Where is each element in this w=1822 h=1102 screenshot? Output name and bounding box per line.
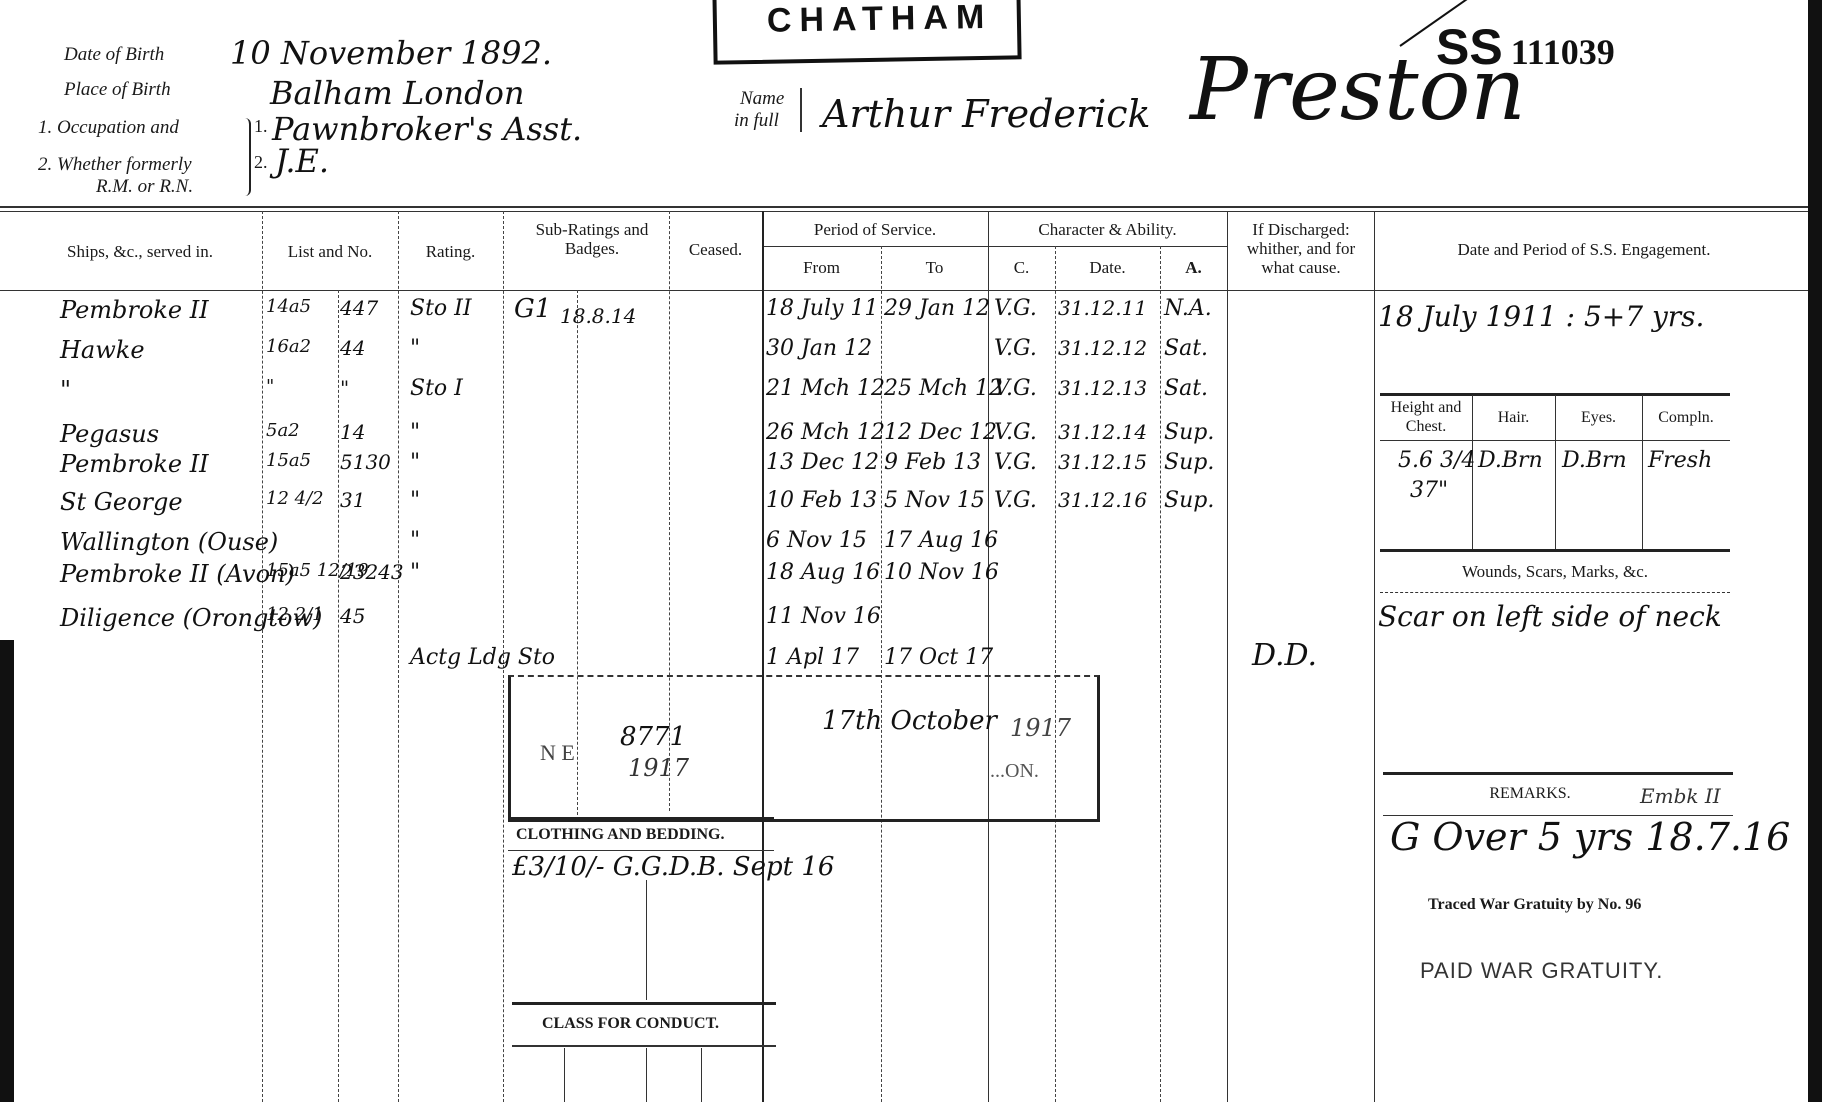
label-formerly-2: R.M. or R.N. [96, 176, 193, 198]
cell-from: 18 July 11 [766, 296, 878, 321]
brace [243, 118, 251, 196]
value-surname: Preston [1190, 40, 1526, 140]
col-divider [1374, 211, 1375, 1102]
cell-rating: Sto II [410, 296, 472, 321]
label-name: Name [740, 88, 784, 110]
cell-to: 17 Aug 16 [884, 528, 998, 553]
cell-c: V.G. [994, 336, 1037, 361]
scan-edge-left [0, 640, 14, 1102]
col-divider [1160, 246, 1161, 1102]
wounds-title: Wounds, Scars, Marks, &c. [1380, 562, 1730, 581]
cell-a: Sup. [1164, 488, 1214, 513]
service-number-value: 111039 [1511, 32, 1615, 72]
cell-from: 30 Jan 12 [766, 336, 872, 361]
cell-a: Sup. [1164, 450, 1214, 475]
header-sub-ratings: Sub-Ratings and Badges. [520, 220, 664, 258]
cell-rating: Actg Ldg Sto [410, 645, 555, 670]
cell-date: 31.12.15 [1058, 450, 1147, 474]
cell-from: 13 Dec 12 [766, 450, 879, 475]
stamp-partial-text: ...ON. [990, 760, 1039, 783]
cell-to: 5 Nov 15 [884, 488, 985, 513]
label-name-2: in full [734, 110, 779, 132]
cell-rating: " [410, 420, 420, 445]
header-height: Height and Chest. [1380, 398, 1472, 436]
cell-list: 16a2 [266, 336, 311, 357]
cell-list: 5a2 [266, 420, 300, 441]
col-divider [338, 290, 339, 1102]
header-period: Period of Service. [762, 220, 988, 239]
cell-to: 12 Dec 12 [884, 420, 997, 445]
col-divider [881, 246, 882, 1102]
cell-no: 31 [340, 488, 365, 512]
cell-no: 14 [340, 420, 365, 444]
header-character: Character & Ability. [988, 220, 1227, 239]
label-occupation: 1. Occupation and [38, 117, 179, 139]
stamp-date-year: 1917 [1010, 714, 1071, 742]
name-brace [800, 88, 802, 132]
cell-no: 23243 [340, 560, 404, 584]
header-discharged: If Discharged: whither, and for what cau… [1232, 220, 1370, 277]
chatham-stamp: CHATHAM [712, 0, 1021, 65]
cell-a: Sat. [1164, 336, 1208, 361]
header-date: Date. [1055, 258, 1160, 277]
gratuity-line: Traced War Gratuity by No. 96 [1428, 896, 1641, 914]
cell-ship: Pembroke II [60, 450, 209, 478]
desc-bottom [1380, 549, 1730, 552]
wounds-value: Scar on left side of neck [1378, 600, 1722, 633]
cell-to: 17 Oct 17 [884, 645, 993, 670]
cell-a: Sup. [1164, 420, 1214, 445]
col-divider [398, 211, 399, 1102]
header-ceased: Ceased. [669, 240, 762, 259]
cell-date: 31.12.14 [1058, 420, 1147, 444]
value-hair: D.Brn [1478, 448, 1543, 473]
wounds-rule [1380, 592, 1730, 593]
cell-ship: " [60, 376, 71, 404]
header-c: C. [988, 258, 1055, 277]
col-divider [262, 211, 263, 1102]
value-formerly: J.E. [275, 142, 329, 180]
header-rating: Rating. [398, 242, 503, 261]
header-list-no: List and No. [262, 242, 398, 261]
sub-rating-badge: G1 [514, 294, 551, 324]
col-divider [1227, 211, 1228, 1102]
ss-engagement-value: 18 July 1911 : 5+7 yrs. [1378, 300, 1704, 333]
cell-no: 5130 [340, 450, 391, 474]
cell-rating: " [410, 528, 420, 553]
remarks-top [1383, 772, 1733, 775]
cell-from: 10 Feb 13 [766, 488, 877, 513]
conduct-title: CLASS FOR CONDUCT. [542, 1015, 719, 1033]
cell-date: 31.12.12 [1058, 336, 1147, 360]
cell-date: 31.12.13 [1058, 376, 1147, 400]
cell-list: 12 2/1 [266, 604, 324, 625]
formerly-num: 2. [254, 152, 268, 173]
cell-ship: Pegasus [60, 420, 159, 448]
chatham-stamp-text: CHATHAM [767, 0, 993, 41]
cell-a: Sat. [1164, 376, 1208, 401]
discharged-note: D.D. [1252, 638, 1317, 673]
cell-ship: Pembroke II (Avon) [60, 560, 295, 588]
value-pob: Balham London [270, 74, 525, 112]
clothing-rule [508, 850, 774, 851]
cell-c: V.G. [994, 488, 1037, 513]
scan-edge-right [1808, 0, 1822, 1102]
stamp-year: 1917 [628, 754, 689, 782]
cell-rating: Sto I [410, 376, 463, 401]
header-hair: Hair. [1472, 408, 1555, 427]
header-bottom-rule [0, 290, 1808, 291]
label-dob: Date of Birth [64, 44, 164, 66]
cell-no: 45 [340, 604, 365, 628]
cell-rating: " [410, 488, 420, 513]
cell-ship: Pembroke II [60, 296, 209, 324]
cell-no: 44 [340, 336, 365, 360]
cell-list: " [266, 376, 274, 397]
remarks-margin-note: Embk II [1640, 784, 1721, 808]
header-eyes: Eyes. [1555, 408, 1642, 427]
stamp-no-value: 8771 [620, 722, 686, 752]
cell-from: 11 Nov 16 [766, 604, 881, 629]
header-from: From [762, 258, 881, 277]
value-compln: Fresh [1648, 448, 1712, 473]
cell-ship: St George [60, 488, 183, 516]
label-formerly: 2. Whether formerly [38, 154, 192, 176]
cell-to: 9 Feb 13 [884, 450, 981, 475]
cell-no: " [340, 376, 349, 400]
cell-to: 25 Mch 12 [884, 376, 1003, 401]
value-dob: 10 November 1892. [230, 34, 552, 72]
conduct-col [646, 1048, 647, 1102]
value-eyes: D.Brn [1562, 448, 1627, 473]
header-to: To [881, 258, 988, 277]
conduct-col [701, 1048, 702, 1102]
cell-from: 21 Mch 12 [766, 376, 885, 401]
clothing-col [646, 880, 647, 1000]
stamp-date: 17th October [822, 706, 997, 736]
header-ships: Ships, &c., served in. [20, 242, 260, 261]
sub-rating-date: 18.8.14 [560, 304, 636, 328]
col-divider [1055, 246, 1056, 1102]
table-top-rule [0, 206, 1808, 208]
clothing-title: CLOTHING AND BEDDING. [516, 826, 724, 844]
table-top-rule-2 [0, 211, 1808, 212]
header-a: A. [1160, 258, 1227, 277]
cell-rating: " [410, 450, 420, 475]
cell-ship: Wallington (Ouse) [60, 528, 278, 556]
header-compln: Compln. [1642, 408, 1730, 427]
cell-date: 31.12.16 [1058, 488, 1147, 512]
cell-rating: " [410, 336, 420, 361]
date-stamp-block [508, 675, 1100, 822]
header-ss-engagement: Date and Period of S.S. Engagement. [1374, 240, 1794, 259]
remarks-title: REMARKS. [1460, 784, 1600, 803]
cell-c: V.G. [994, 296, 1037, 321]
conduct-rule [512, 1045, 776, 1047]
cell-list: 15a5 [266, 450, 311, 471]
cell-from: 1 Apl 17 [766, 645, 859, 670]
cell-to: 29 Jan 12 [884, 296, 990, 321]
cell-rating: " [410, 560, 420, 585]
clothing-value: £3/10/- G.G.D.B. Sept 16 [512, 852, 834, 882]
clothing-top [508, 817, 774, 820]
conduct-col [564, 1048, 565, 1102]
occupation-num: 1. [254, 116, 268, 137]
cell-no: 447 [340, 296, 378, 320]
cell-from: 18 Aug 16 [766, 560, 880, 585]
cell-c: V.G. [994, 420, 1037, 445]
value-chest: 37" [1410, 478, 1448, 503]
clothing-bottom [512, 1002, 776, 1005]
paid-gratuity-stamp: PAID WAR GRATUITY. [1420, 958, 1663, 984]
label-pob: Place of Birth [64, 79, 171, 101]
cell-c: V.G. [994, 376, 1037, 401]
value-height: 5.6 3/4 [1398, 448, 1475, 473]
cell-from: 26 Mch 12 [766, 420, 885, 445]
cell-a: N.A. [1164, 296, 1212, 321]
cell-list: 14a5 [266, 296, 311, 317]
remarks-value: G Over 5 yrs 18.7.16 [1390, 815, 1790, 859]
cell-to: 10 Nov 16 [884, 560, 999, 585]
cell-list: 12 4/2 [266, 488, 324, 509]
stamp-no-label: N E [540, 740, 575, 766]
value-first-names: Arthur Frederick [822, 92, 1151, 136]
col-divider [762, 211, 764, 1102]
cell-from: 6 Nov 15 [766, 528, 867, 553]
cell-c: V.G. [994, 450, 1037, 475]
cell-ship: Hawke [60, 336, 145, 364]
period-sub-rule [762, 246, 1227, 247]
cell-date: 31.12.11 [1058, 296, 1147, 320]
